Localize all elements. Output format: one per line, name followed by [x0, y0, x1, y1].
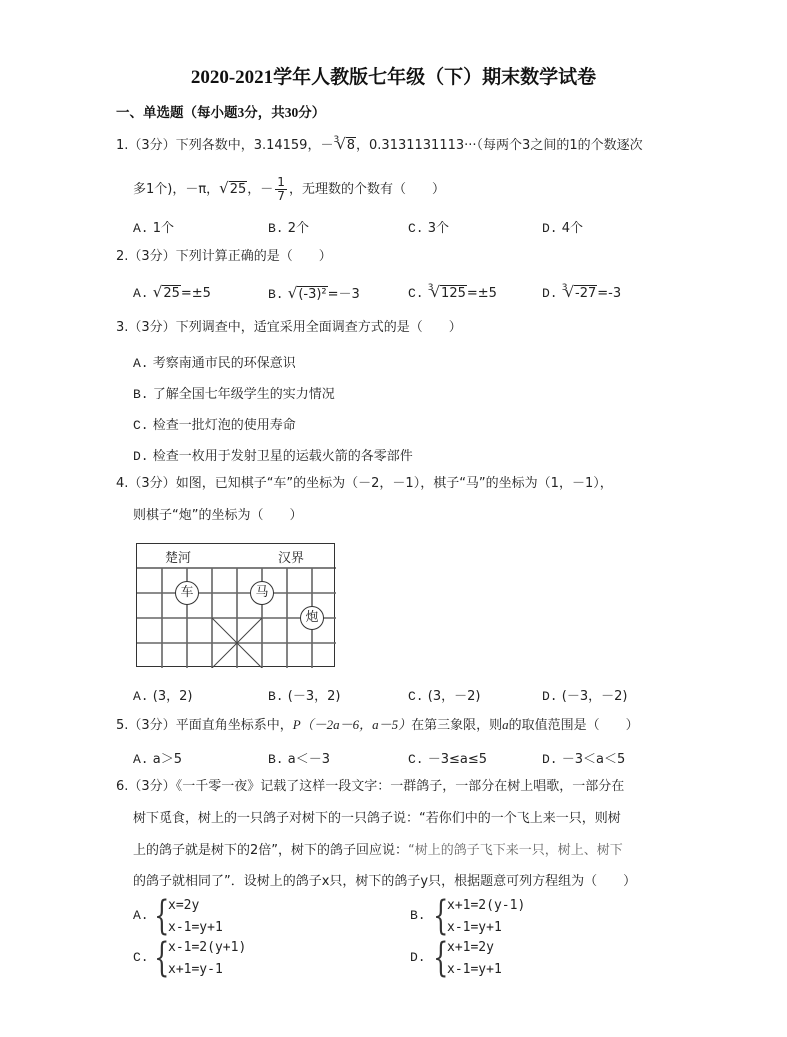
root-index: 3 — [562, 283, 568, 293]
denominator: 7 — [275, 190, 287, 203]
river-label-chu: 楚河 — [165, 547, 191, 566]
cube-root: 3√8 — [333, 136, 356, 155]
option-text: 了解全国七年级学生的实力情况 — [153, 387, 335, 402]
option-text: (3，2) — [153, 689, 193, 704]
question-score: （3分） — [128, 718, 175, 733]
equation-2: x-1=y+1 — [447, 920, 502, 935]
question-text: 在第三象限，则 — [411, 718, 502, 733]
option-text: 3个 — [428, 221, 449, 236]
square-root: √25 — [153, 283, 181, 301]
equation-2: x-1=y+1 — [447, 962, 502, 977]
option-d[interactable]: D. (－3，－2) — [542, 685, 627, 704]
option-d[interactable]: D. 4个 — [542, 217, 583, 236]
question-number: 2. — [116, 249, 128, 264]
option-d[interactable]: D. { x+1=2y x-1=y+1 — [410, 938, 660, 982]
question-number: 4. — [116, 476, 128, 491]
option-label: A. — [133, 908, 149, 923]
chessboard-figure: 楚河 汉界 车 马 炮 — [136, 543, 335, 667]
option-label: D. — [133, 449, 149, 464]
question-6-line-4: 的鸽子就相同了”．设树上的鸽子x只，树下的鸽子y只，根据题意可列方程组为（ ） — [133, 874, 636, 890]
question-1-line-1: 1.（3分）下列各数中，3.14159，－3√8，0.3131131113···… — [116, 136, 643, 155]
equation-2: x+1=y-1 — [168, 962, 223, 977]
option-label: B. — [410, 908, 426, 923]
radicand: (-3)² — [297, 286, 327, 302]
radicand: 25 — [162, 285, 181, 301]
option-label: C. — [133, 418, 149, 433]
option-text: 检查一枚用于发射卫星的运载火箭的各零部件 — [153, 449, 413, 464]
option-label: D. — [542, 689, 558, 704]
cube-root: 3√125 — [428, 283, 467, 301]
cube-root: 3√-27 — [562, 283, 598, 301]
option-label: D. — [542, 286, 558, 301]
question-6-line-3: 上的鸽子就是树下的2倍”，树下的鸽子回应说：“树上的鸽子飞下来一只，树上、树下 — [133, 843, 623, 859]
option-text: 考察南通市民的环保意识 — [153, 356, 296, 371]
radicand: 125 — [440, 285, 467, 301]
point-expression: P（－2a－6，a－5） — [293, 717, 411, 732]
option-d[interactable]: D. 检查一枚用于发射卫星的运载火箭的各零部件 — [133, 445, 413, 464]
option-c[interactable]: C. 3个 — [408, 217, 449, 236]
option-text: =－3 — [328, 287, 360, 302]
question-text: 下列调查中，适宜采用全面调查方式的是（ ） — [176, 320, 462, 335]
option-d[interactable]: D. 3√-27=-3 — [542, 283, 621, 301]
radicand: -27 — [574, 285, 597, 301]
option-a[interactable]: A. √25=±5 — [133, 283, 211, 301]
question-2-stem: 2.（3分）下列计算正确的是（ ） — [116, 249, 332, 265]
option-text: 检查一批灯泡的使用寿命 — [153, 418, 296, 433]
question-text: 如图，已知棋子“车”的坐标为（－2，－1），棋子“马”的坐标为（1，－1）， — [176, 476, 613, 491]
radical-sign: √ — [219, 179, 229, 197]
equation-1: x+1=2y — [447, 940, 494, 955]
option-a[interactable]: A. { x=2y x-1=y+1 — [133, 896, 383, 940]
root-index: 3 — [428, 283, 434, 293]
section-heading: 一、单选题（每小题3分，共30分） — [116, 101, 325, 121]
option-a[interactable]: A. (3，2) — [133, 685, 192, 704]
option-text: =±5 — [181, 286, 211, 301]
option-b[interactable]: B. { x+1=2(y-1) x-1=y+1 — [410, 896, 660, 940]
option-c[interactable]: C. (3，－2) — [408, 685, 480, 704]
question-text: 上的鸽子就是树下的2倍”，树下的鸽子回应说： — [133, 843, 408, 858]
question-text: 平面直角坐标系中， — [176, 718, 293, 733]
option-b[interactable]: B. 2个 — [268, 217, 309, 236]
option-b[interactable]: B. a＜－3 — [268, 748, 330, 767]
question-text: 多1个)，－π， — [133, 182, 219, 197]
option-label: B. — [268, 221, 284, 236]
question-6-line-1: 6.（3分）《一千零一夜》记载了这样一段文字：一群鸽子，一部分在树上唱歌，一部分… — [116, 779, 624, 795]
option-label: C. — [408, 221, 424, 236]
question-score: （3分） — [128, 138, 175, 153]
square-root: √25 — [219, 180, 247, 198]
radical-sign: √ — [153, 283, 163, 301]
question-number: 6. — [116, 779, 128, 794]
radical-sign: √ — [288, 284, 298, 302]
square-root: √(-3)² — [288, 284, 328, 302]
page-title: 2020-2021学年人教版七年级（下）期末数学试卷 — [0, 62, 787, 89]
question-4-line-2: 则棋子“炮”的坐标为（ ） — [133, 508, 302, 524]
option-label: D. — [542, 752, 558, 767]
chess-piece-che: 车 — [175, 581, 199, 605]
equation-1: x-1=2(y+1) — [168, 940, 246, 955]
equation-1: x+1=2(y-1) — [447, 898, 525, 913]
option-label: B. — [268, 287, 284, 302]
question-1-line-2: 多1个)，－π，√25，－17，无理数的个数有（ ） — [133, 176, 445, 203]
option-text: 2个 — [288, 221, 309, 236]
question-text: 《一千零一夜》记载了这样一段文字：一群鸽子，一部分在树上唱歌，一部分在 — [176, 779, 625, 794]
option-c[interactable]: C. －3≤a≤5 — [408, 748, 487, 767]
question-text: 下列计算正确的是（ ） — [176, 249, 332, 264]
option-b[interactable]: B. 了解全国七年级学生的实力情况 — [133, 383, 335, 402]
equation-1: x=2y — [168, 898, 199, 913]
question-score: （3分） — [128, 476, 175, 491]
option-label: A. — [133, 689, 149, 704]
question-score: （3分） — [128, 320, 175, 335]
question-text: 下列各数中，3.14159，－ — [176, 138, 334, 153]
option-text: a＞5 — [153, 752, 182, 767]
question-number: 1. — [116, 138, 128, 153]
option-text: (－3，2) — [288, 689, 341, 704]
option-label: D. — [542, 221, 558, 236]
option-c[interactable]: C. 检查一批灯泡的使用寿命 — [133, 414, 296, 433]
question-score: （3分） — [128, 249, 175, 264]
option-label: A. — [133, 286, 149, 301]
option-b[interactable]: B. (－3，2) — [268, 685, 340, 704]
question-4-line-1: 4.（3分）如图，已知棋子“车”的坐标为（－2，－1），棋子“马”的坐标为（1，… — [116, 476, 613, 492]
option-a[interactable]: A. a＞5 — [133, 748, 182, 767]
root-index: 3 — [333, 135, 339, 145]
question-number: 3. — [116, 320, 128, 335]
numerator: 1 — [275, 176, 287, 190]
option-label: A. — [133, 752, 149, 767]
option-label: B. — [133, 387, 149, 402]
question-number: 5. — [116, 718, 128, 733]
question-6-line-2: 树下觅食，树上的一只鸽子对树下的一只鸽子说：“若你们中的一个飞上来一只，则树 — [133, 811, 621, 827]
option-label: B. — [268, 752, 284, 767]
option-c[interactable]: C. { x-1=2(y+1) x+1=y-1 — [133, 938, 383, 982]
option-label: C. — [133, 950, 149, 965]
option-a[interactable]: A. 考察南通市民的环保意识 — [133, 352, 296, 371]
question-score: （3分） — [128, 779, 175, 794]
option-text: =±5 — [467, 286, 497, 301]
option-label: A. — [133, 356, 149, 371]
question-text: ，－ — [247, 182, 273, 197]
question-text: ，无理数的个数有（ ） — [289, 182, 445, 197]
option-text: (3，－2) — [428, 689, 481, 704]
option-text: =-3 — [597, 286, 621, 301]
option-text: 4个 — [562, 221, 583, 236]
question-5-stem: 5.（3分）平面直角坐标系中，P（－2a－6，a－5）在第三象限，则a的取值范围… — [116, 717, 639, 734]
option-label: A. — [133, 221, 149, 236]
option-label: C. — [408, 752, 424, 767]
option-b[interactable]: B. √(-3)²=－3 — [268, 283, 360, 302]
option-label: B. — [268, 689, 284, 704]
option-label: D. — [410, 950, 426, 965]
fraction: 17 — [275, 176, 287, 203]
equation-2: x-1=y+1 — [168, 920, 223, 935]
chess-piece-ma: 马 — [250, 581, 274, 605]
question-text-quote: “树上的鸽子飞下来一只，树上、树下 — [408, 843, 623, 858]
river-label-han: 汉界 — [278, 547, 304, 566]
radicand: 25 — [229, 181, 248, 197]
option-label: C. — [408, 689, 424, 704]
option-text: a＜－3 — [288, 752, 330, 767]
radicand: 8 — [346, 137, 356, 153]
option-c[interactable]: C. 3√125=±5 — [408, 283, 497, 301]
option-text: 1个 — [153, 221, 174, 236]
option-text: (－3，－2) — [562, 689, 628, 704]
option-text: －3≤a≤5 — [428, 752, 487, 767]
question-3-stem: 3.（3分）下列调查中，适宜采用全面调查方式的是（ ） — [116, 320, 462, 336]
option-a[interactable]: A. 1个 — [133, 217, 174, 236]
question-text: ，0.3131131113···（每两个3之间的1的个数逐次 — [356, 138, 643, 153]
chess-piece-pao: 炮 — [300, 606, 324, 630]
option-d[interactable]: D. －3＜a＜5 — [542, 748, 625, 767]
question-text: 的取值范围是（ ） — [509, 718, 639, 733]
option-label: C. — [408, 286, 424, 301]
option-text: －3＜a＜5 — [562, 752, 626, 767]
